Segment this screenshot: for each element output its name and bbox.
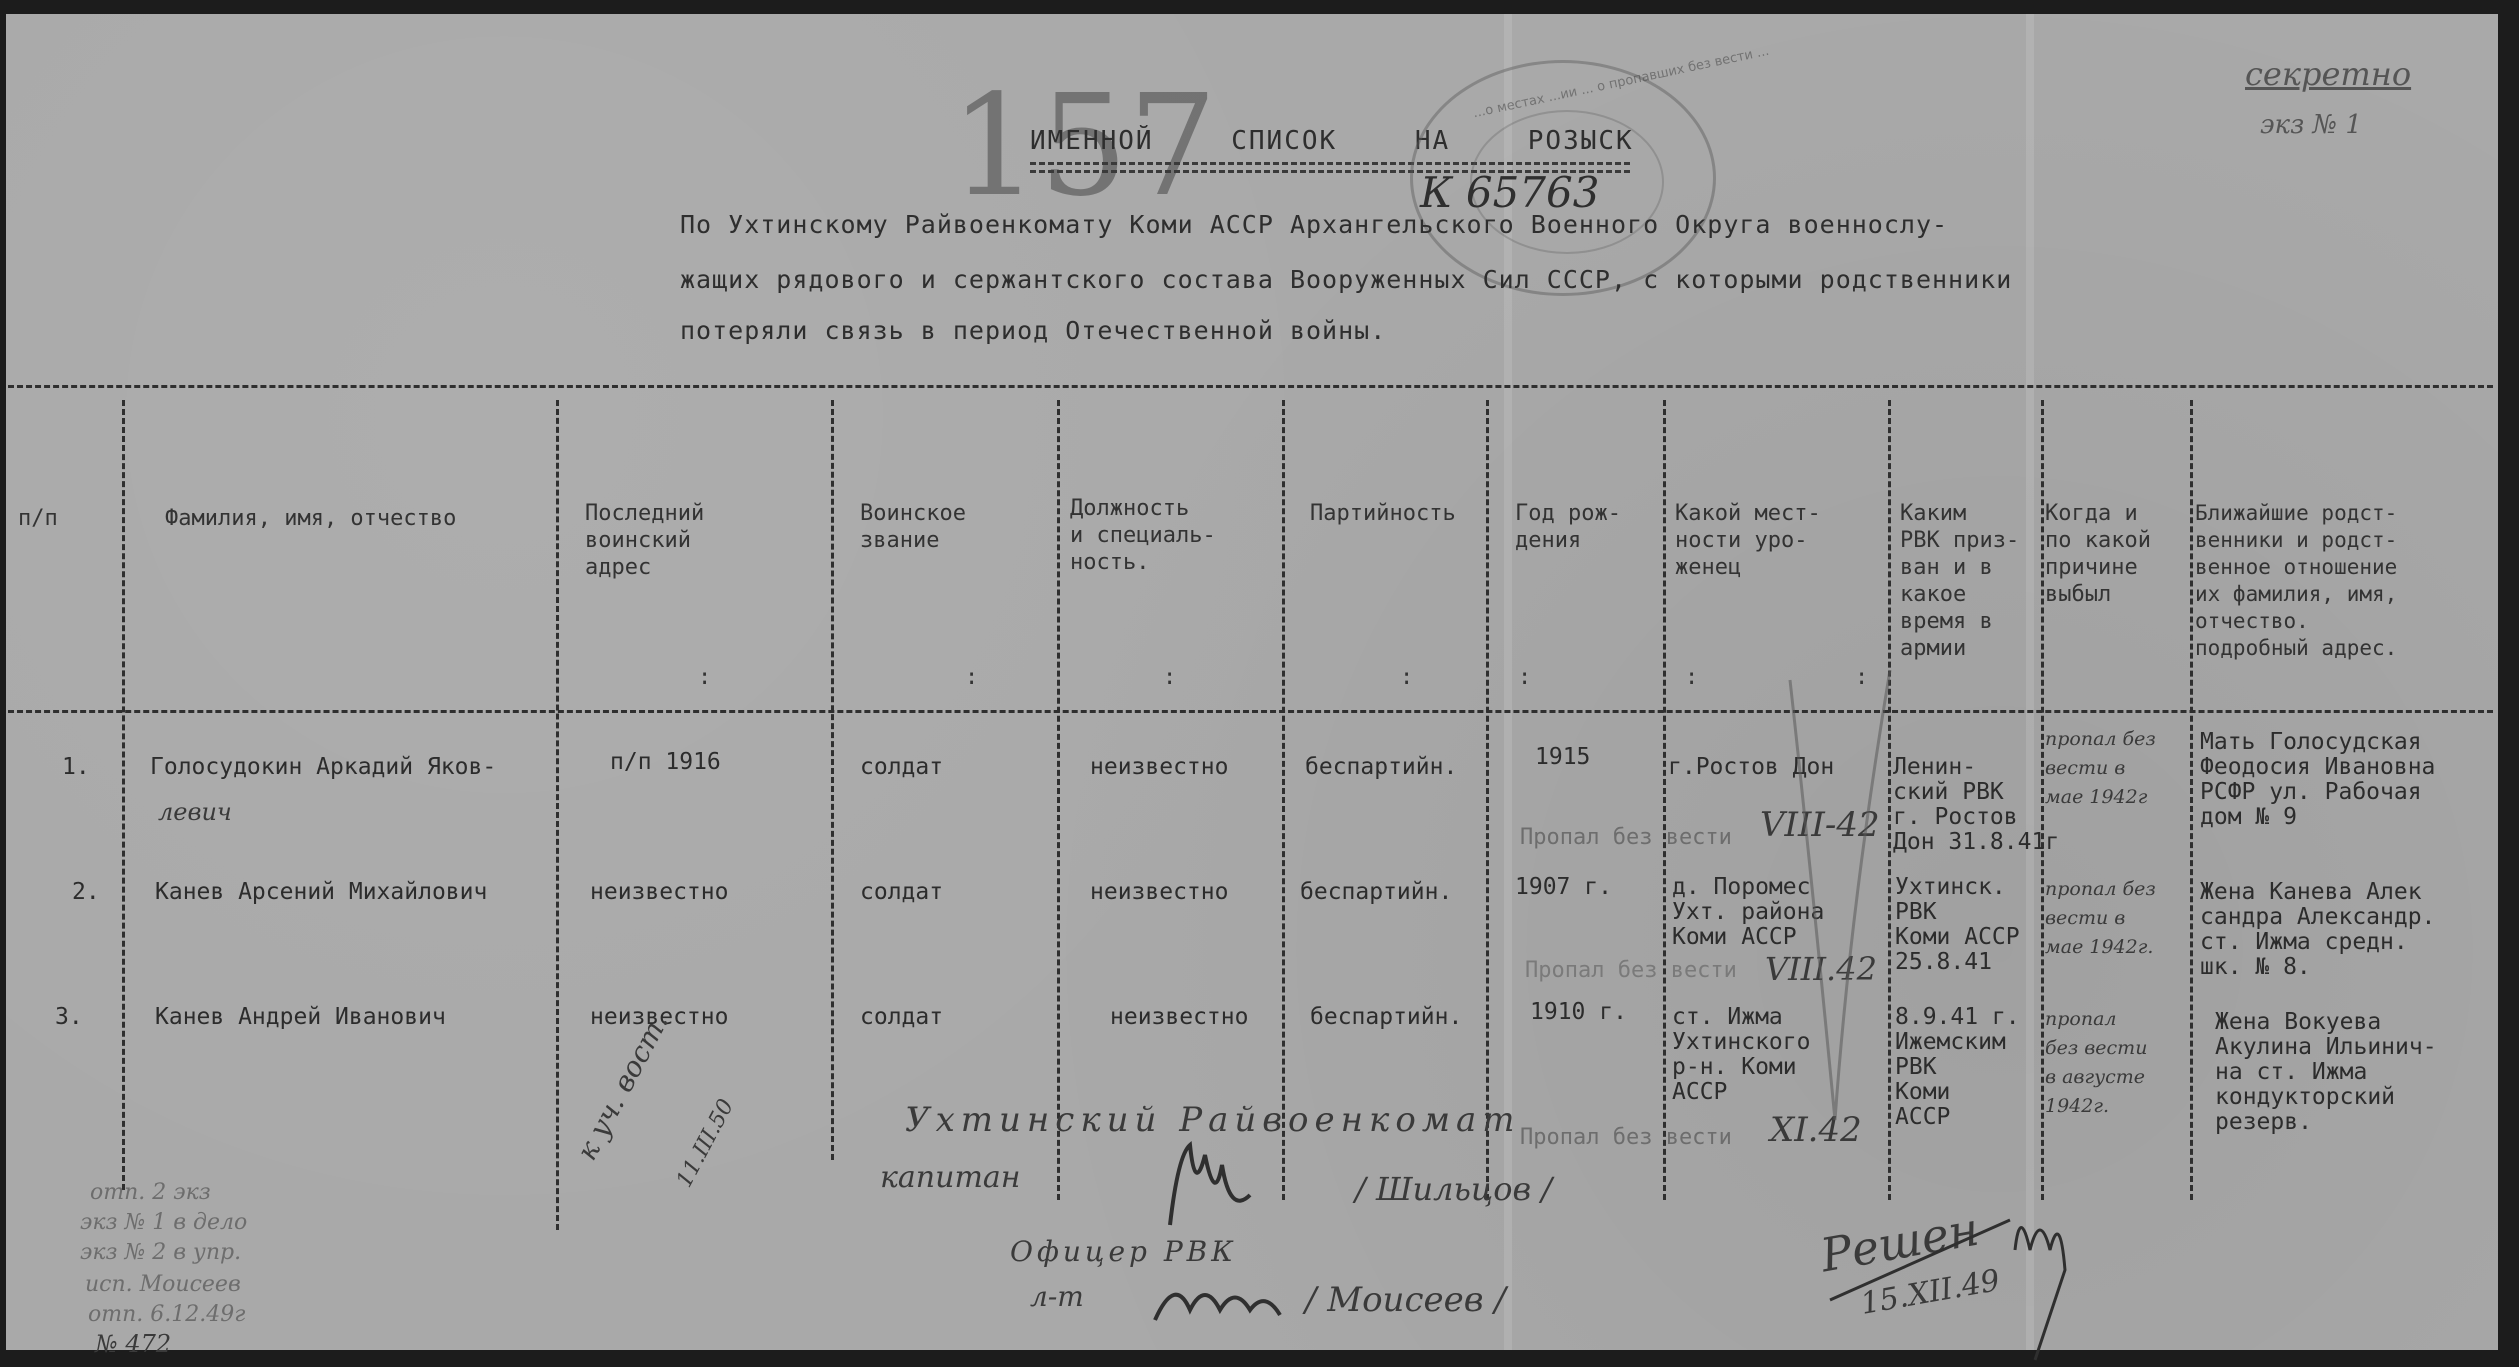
row-address: неизвестно [590,880,728,905]
header-reason: Когда и по какой причине выбыл [2045,500,2151,608]
intro-line: потеряли связь в период Отечественной во… [680,316,1386,345]
commissar-signature-icon [1160,1135,1260,1235]
row-address: п/п 1916 [610,750,721,775]
officer-rank: л-т [1030,1280,1084,1313]
row-birth-year: 1915 [1535,745,1590,770]
header-rank: Воинское звание [860,500,966,554]
margin-note-line: № 472 [95,1330,171,1358]
row-num: 2. [72,880,100,905]
copy-note: экз № 1 [2260,110,2362,140]
intro-line: жащих рядового и сержантского состава Во… [680,265,2012,294]
header-marker: : [1163,665,1176,690]
commissar-name: / Шильцов / [1355,1170,1552,1208]
header-position: Должность и специаль- ность. [1070,495,1216,576]
header-marker: : [1518,665,1531,690]
margin-note-line: отп. 2 экз [90,1180,211,1205]
row-birth-year: 1910 г. [1530,1000,1627,1025]
header-drafted: Каким РВК приз- ван и в какое время в ар… [1900,500,2019,662]
row-name-cont: левич [158,798,232,826]
title-word: СПИСОК [1231,126,1337,156]
column-divider [1486,400,1489,1200]
margin-note-line: экз № 2 в упр. [80,1240,241,1265]
missing-stamp: Пропал без вести [1520,1125,1732,1150]
header-marker: : [965,665,978,690]
margin-note-line: исп. Моисеев [85,1272,241,1297]
fold-crease [2026,14,2034,1350]
margin-note-line: отп. 6.12.49г [88,1302,245,1327]
commissar-line1: Ухтинский Райвоенкомат [905,1100,1521,1140]
row-name: Голосудокин Аркадий Яков- [150,755,496,780]
column-divider [831,400,834,1160]
intro-line: По Ухтинскому Райвоенкомату Коми АССР Ар… [680,210,1948,239]
row-num: 1. [62,755,90,780]
table-top-border [8,385,2493,388]
row-drafted: 8.9.41 г. Ижемским РВК Коми АССР [1895,1005,2020,1130]
commissar-line2: капитан [880,1160,1021,1195]
row-party: беспартийн. [1305,755,1457,780]
row-position: неизвестно [1110,1005,1248,1030]
header-num: п/п [18,505,58,532]
row-position: неизвестно [1090,755,1228,780]
header-birth-year: Год рож- дения [1515,500,1621,554]
row-rank: солдат [860,880,943,905]
officer-signature-icon [1150,1270,1290,1330]
header-address: Последний воинский адрес [585,500,704,581]
header-marker: : [1685,665,1698,690]
row-name: Канев Андрей Иванович [155,1005,446,1030]
row-relatives: Мать Голосудская Феодосия Ивановна РСФР … [2200,730,2435,830]
margin-note-line: экз № 1 в дело [80,1210,247,1235]
column-divider [1663,400,1666,1200]
row-reason: пропал без вести в мае 1942г. [2045,875,2156,962]
column-divider [122,400,125,1190]
header-party: Партийность [1310,500,1456,527]
column-divider [1282,400,1285,1200]
secret-note: секретно [2245,55,2411,93]
header-name: Фамилия, имя, отчество [165,505,456,532]
row-party: беспартийн. [1300,880,1452,905]
check-mark-icon [1780,660,1900,1130]
column-divider [1057,400,1060,1200]
row-rank: солдат [860,755,943,780]
column-divider [556,400,559,1230]
row-drafted: Ухтинск. РВК Коми АССР 25.8.41 [1895,875,2020,975]
row-party: беспартийн. [1310,1005,1462,1030]
row-num: 3. [55,1005,83,1030]
row-name: Канев Арсений Михайлович [155,880,487,905]
row-position: неизвестно [1090,880,1228,905]
title-word: ИМЕННОЙ [1030,126,1154,156]
row-relatives: Жена Канева Алек сандра Александр. ст. И… [2200,880,2435,980]
header-birthplace: Какой мест- ности уро- женец [1675,500,1821,581]
row-relatives: Жена Вокуева Акулина Ильинич- на ст. Ижм… [2215,1010,2437,1135]
header-bottom-border [8,710,2493,713]
row-reason: пропал без вести в мае 1942г [2045,725,2156,812]
column-divider [2190,400,2193,1200]
missing-stamp: Пропал без вести [1520,825,1732,850]
officer-line: Офицер РВК [1010,1235,1237,1268]
resolution-signature-icon [1810,1190,2070,1367]
row-drafted: Ленин- ский РВК г. Ростов Дон 31.8.41г [1893,755,2059,855]
header-marker: : [698,665,711,690]
header-relatives: Ближайшие родст- венники и родст- венное… [2195,500,2397,662]
row-birth-year: 1907 г. [1515,875,1612,900]
row-reason: пропал без вести в августе 1942г. [2045,1005,2147,1121]
header-marker: : [1400,665,1413,690]
missing-stamp: Пропал без вести [1525,958,1737,983]
row-rank: солдат [860,1005,943,1030]
officer-name: / Моисеев / [1305,1280,1506,1320]
